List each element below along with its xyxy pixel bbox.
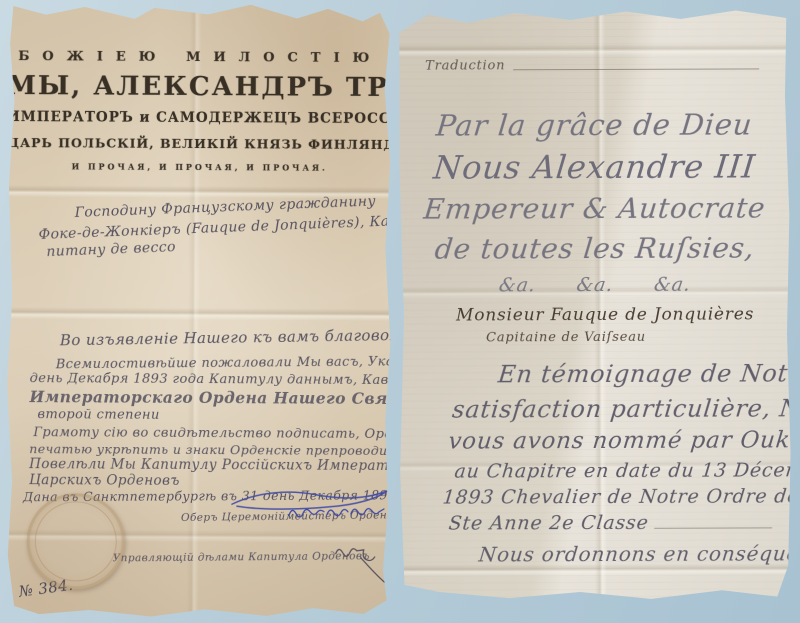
ruled-line (654, 527, 772, 528)
french-heading-line: Empereur & Autocrate (396, 191, 793, 225)
official-title: Управляющій дѣлами Капитула Орденовъ (113, 550, 370, 564)
left-document-paper: БОЖІЕЮ МИЛОСТІЮ МЫ, АЛЕКСАНДРЪ ТРЕТІЙ, И… (4, 1, 393, 619)
invocation-line: БОЖІЕЮ МИЛОСТІЮ (7, 49, 393, 66)
french-body-line: vous avons nommé par Oukase (447, 427, 800, 454)
body-line: Грамоту сію во свидѣтельство подписать, … (33, 425, 446, 442)
wax-seal (27, 493, 126, 590)
etcetera-marks: &a. &a. &a. (396, 273, 793, 296)
wax-seal-ring (35, 501, 117, 581)
french-heading-line: Par la grâce de Dieu (396, 107, 793, 142)
body-line: день Декабря 1893 года Капитулу даннымъ,… (30, 371, 451, 388)
ruled-line (513, 68, 759, 70)
recipient-name: Monsieur Fauque de Jonquières (456, 304, 754, 325)
photo-background: БОЖІЕЮ МИЛОСТІЮ МЫ, АЛЕКСАНДРЪ ТРЕТІЙ, И… (0, 0, 800, 623)
french-body-line: Nous ordonnons en conséquence (478, 541, 800, 566)
imperial-title-line: МЫ, АЛЕКСАНДРЪ ТРЕТІЙ, (7, 71, 393, 103)
body-line: Царскихъ Орденовъ (29, 472, 180, 489)
french-heading-line: de toutes les Ruſsies, (396, 231, 793, 265)
right-document-paper: Traduction Par la grâce de Dieu Nous Ale… (397, 7, 793, 602)
french-body-line: satisfaction particulière, Nous (451, 394, 800, 423)
emperor-style-line: ИМПЕРАТОРЪ и САМОДЕРЖЕЦЪ ВСЕРОССІЙСКІЙ, (7, 109, 393, 127)
french-body-line: Ste Anne 2e Classe (448, 511, 774, 534)
translation-label-row: Traduction (425, 57, 759, 73)
address-line: питану де вессо (46, 239, 176, 260)
body-line: второй степени (37, 407, 159, 423)
etcetera-line: И ПРОЧАЯ, И ПРОЧАЯ, И ПРОЧАЯ. (7, 161, 393, 173)
french-body-line: au Chapitre en date du 13 Décembre (453, 459, 800, 482)
dark-ink-signature (333, 544, 395, 586)
french-heading-line: Nous Alexandre III (396, 147, 794, 186)
body-line: Во изъявленіе Нашего къ вамъ благоволені… (60, 325, 440, 349)
blue-ink-signature (287, 502, 395, 525)
tsar-style-line: ЦАРЬ ПОЛЬСКІЙ, ВЕЛИКІЙ КНЯЗЬ ФИНЛЯНДСКІЙ… (7, 135, 393, 152)
french-body-line: En témoignage de Notre (497, 359, 800, 388)
recipient-rank: Capitaine de Vaiſseau (486, 330, 646, 346)
french-body-line: 1893 Chevalier de Notre Ordre de (442, 485, 800, 508)
translation-label: Traduction (425, 58, 505, 73)
order-class-text: Ste Anne 2e Classe (448, 512, 650, 535)
